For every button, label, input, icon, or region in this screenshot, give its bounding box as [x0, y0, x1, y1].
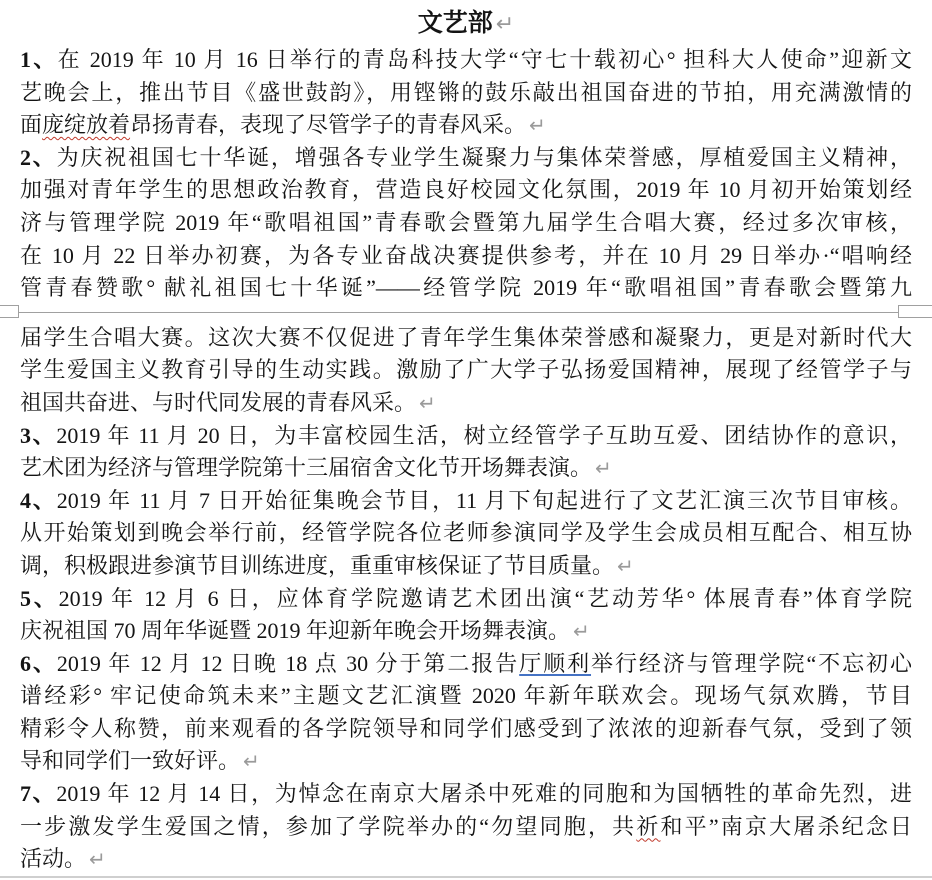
text-line: 导和同学们一致好评。↵: [20, 745, 912, 778]
text-line: 6、2019 年 12 月 12 日晚 18 点 30 分于第二报告厅顺利举行经…: [20, 648, 912, 681]
text-run: 加强对青年学生的思想政治教育，营造良好校园文化氛围，2019 年 10 月初开始…: [20, 177, 912, 202]
text-run: 昂扬青春，表现了尽管学子的青春风采。: [130, 112, 526, 137]
paragraph-mark-icon: ↵: [595, 456, 612, 480]
text-run: 2019 年 12 月 14 日，为悼念在南京大屠杀中死难的同胞和为国牺牲的革命…: [56, 781, 912, 806]
text-line: 3、2019 年 11 月 20 日，为丰富校园生活，树立经管学子互助互爱、团结…: [20, 420, 912, 453]
text-line: 加强对青年学生的思想政治教育，营造良好校园文化氛围，2019 年 10 月初开始…: [20, 174, 912, 207]
list-number: 5、: [20, 586, 59, 611]
spellcheck-flagged-text: 祈: [636, 814, 660, 839]
text-line: 7、2019 年 12 月 14 日，为悼念在南京大屠杀中死难的同胞和为国牺牲的…: [20, 778, 912, 811]
list-number: 6、: [20, 651, 57, 676]
list-number: 7、: [20, 781, 56, 806]
paragraph-mark-icon: ↵: [617, 554, 634, 578]
text-run: 艺术团为经济与管理学院第十三届宿舍文化节开场舞表演。: [20, 455, 592, 480]
text-run: 举行经济与管理学院“不忘初心: [591, 651, 912, 676]
text-run: 届学生合唱大赛。这次大赛不仅促进了青年学生集体荣誉感和凝聚力，更是对新时代大: [20, 325, 912, 350]
page-break-notch-left: [0, 305, 19, 318]
text-run: 从开始策划到晚会举行前，经管学院各位老师参演同学及学生会成员相互配合、相互协: [20, 520, 912, 545]
text-run: 和平”南京大屠杀纪念日: [660, 814, 912, 839]
text-line: 5、2019 年 12 月 6 日，应体育学院邀请艺术团出演“艺动芳华° 体展青…: [20, 583, 912, 616]
text-line: 艺晚会上，推出节目《盛世鼓韵》，用铿锵的鼓乐敲出祖国奋进的节拍，用充满激情的: [20, 77, 912, 110]
text-line: 精彩令人称赞，前来观看的各学院领导和同学们感受到了浓浓的迎新春气氛，受到了领: [20, 713, 912, 746]
text-run: 面: [20, 112, 42, 137]
list-number: 3、: [20, 423, 56, 448]
text-line: 庆祝祖国 70 周年华诞暨 2019 年迎新年晚会开场舞表演。↵: [20, 615, 912, 648]
text-run: 2019 年 12 月 12 日晚 18 点 30 分于第二报告: [57, 651, 519, 676]
text-line: 学生爱国主义教育引导的生动实践。激励了广大学子弘扬爱国精神，展现了经管学子与: [20, 354, 912, 387]
paragraph-mark-icon: ↵: [89, 847, 106, 871]
next-page-edge-divider: [0, 876, 932, 878]
text-run: 在 2019 年 10 月 16 日举行的青岛科技大学“守七十载初心° 担科大人…: [58, 47, 912, 72]
grammar-flagged-text: 厅顺利: [519, 651, 591, 676]
text-run: 祖国共奋进、与时代同发展的青春风采。: [20, 390, 416, 415]
text-run: 一步激发学生爱国之情，参加了学院举办的“勿望同胞，共: [20, 814, 636, 839]
text-run: 2019 年 12 月 6 日，应体育学院邀请艺术团出演“艺动芳华° 体展青春”…: [59, 586, 912, 611]
text-line: 面庞绽放着昂扬青春，表现了尽管学子的青春风采。↵: [20, 109, 912, 142]
text-line: 艺术团为经济与管理学院第十三届宿舍文化节开场舞表演。↵: [20, 452, 912, 485]
paragraph-mark-icon: ↵: [243, 749, 260, 773]
text-run: 活动。: [20, 846, 86, 871]
text-line: 调，积极跟进参演节目训练进度，重重审核保证了节目质量。↵: [20, 550, 912, 583]
paragraph-mark-icon: ↵: [529, 113, 546, 137]
text-run: 调，积极跟进参演节目训练进度，重重审核保证了节目质量。: [20, 553, 614, 578]
text-line: 4、2019 年 11 月 7 日开始征集晚会节目，11 月下旬起进行了文艺汇演…: [20, 485, 912, 518]
text-run: 庆祝祖国 70 周年华诞暨 2019 年迎新年晚会开场舞表演。: [20, 618, 570, 643]
text-run: 2019 年 11 月 7 日开始征集晚会节目，11 月下旬起进行了文艺汇演三次…: [57, 488, 912, 513]
page-break-notch-right: [898, 305, 932, 318]
document-page[interactable]: 文艺部↵ 1、在 2019 年 10 月 16 日举行的青岛科技大学“守七十载初…: [0, 0, 932, 880]
text-line: 届学生合唱大赛。这次大赛不仅促进了青年学生集体荣誉感和凝聚力，更是对新时代大: [20, 322, 912, 355]
text-run: 管青春赞歌° 献礼祖国七十华诞”——经管学院 2019 年“歌唱祖国”青春歌会暨…: [20, 275, 912, 300]
text-line: 在 10 月 22 日举办初赛，为各专业奋战决赛提供参考，并在 10 月 29 …: [20, 240, 912, 273]
list-number: 1、: [20, 47, 58, 72]
page-break-divider[interactable]: [0, 305, 932, 322]
list-number: 2、: [20, 145, 57, 170]
paragraph-mark-icon: ↵: [419, 391, 436, 415]
text-line: 活动。↵: [20, 843, 912, 876]
text-line: 从开始策划到晚会举行前，经管学院各位老师参演同学及学生会成员相互配合、相互协: [20, 517, 912, 550]
text-line: 管青春赞歌° 献礼祖国七十华诞”——经管学院 2019 年“歌唱祖国”青春歌会暨…: [20, 272, 912, 305]
text-run: 为庆祝祖国七十华诞，增强各专业学生凝聚力与集体荣誉感，厚植爱国主义精神，: [57, 145, 912, 170]
text-run: 济与管理学院 2019 年“歌唱祖国”青春歌会暨第九届学生合唱大赛，经过多次审核…: [20, 210, 912, 235]
text-run: 学生爱国主义教育引导的生动实践。激励了广大学子弘扬爱国精神，展现了经管学子与: [20, 357, 912, 382]
text-run: 艺晚会上，推出节目《盛世鼓韵》，用铿锵的鼓乐敲出祖国奋进的节拍，用充满激情的: [20, 80, 912, 105]
text-run: 导和同学们一致好评。: [20, 748, 240, 773]
text-run: 谱经彩° 牢记使命筑未来”主题文艺汇演暨 2020 年新年联欢会。现场气氛欢腾，…: [20, 683, 912, 708]
document-body[interactable]: 1、在 2019 年 10 月 16 日举行的青岛科技大学“守七十载初心° 担科…: [0, 44, 932, 876]
document-title: 文艺部: [418, 10, 493, 37]
text-line: 济与管理学院 2019 年“歌唱祖国”青春歌会暨第九届学生合唱大赛，经过多次审核…: [20, 207, 912, 240]
list-number: 4、: [20, 488, 57, 513]
page-break-line: [0, 312, 932, 313]
text-run: 2019 年 11 月 20 日，为丰富校园生活，树立经管学子互助互爱、团结协作…: [56, 423, 912, 448]
paragraph-mark-icon: ↵: [573, 619, 590, 643]
text-run: 精彩令人称赞，前来观看的各学院领导和同学们感受到了浓浓的迎新春气氛，受到了领: [20, 716, 912, 741]
text-line: 一步激发学生爱国之情，参加了学院举办的“勿望同胞，共祈和平”南京大屠杀纪念日: [20, 811, 912, 844]
text-run: 在 10 月 22 日举办初赛，为各专业奋战决赛提供参考，并在 10 月 29 …: [20, 243, 912, 268]
text-line: 谱经彩° 牢记使命筑未来”主题文艺汇演暨 2020 年新年联欢会。现场气氛欢腾，…: [20, 680, 912, 713]
paragraph-mark-icon: ↵: [496, 12, 514, 37]
text-line: 祖国共奋进、与时代同发展的青春风采。↵: [20, 387, 912, 420]
text-line: 2、为庆祝祖国七十华诞，增强各专业学生凝聚力与集体荣誉感，厚植爱国主义精神，: [20, 142, 912, 175]
document-title-line: 文艺部↵: [0, 0, 932, 44]
text-line: 1、在 2019 年 10 月 16 日举行的青岛科技大学“守七十载初心° 担科…: [20, 44, 912, 77]
spellcheck-flagged-text: 庞绽放着: [42, 112, 130, 137]
